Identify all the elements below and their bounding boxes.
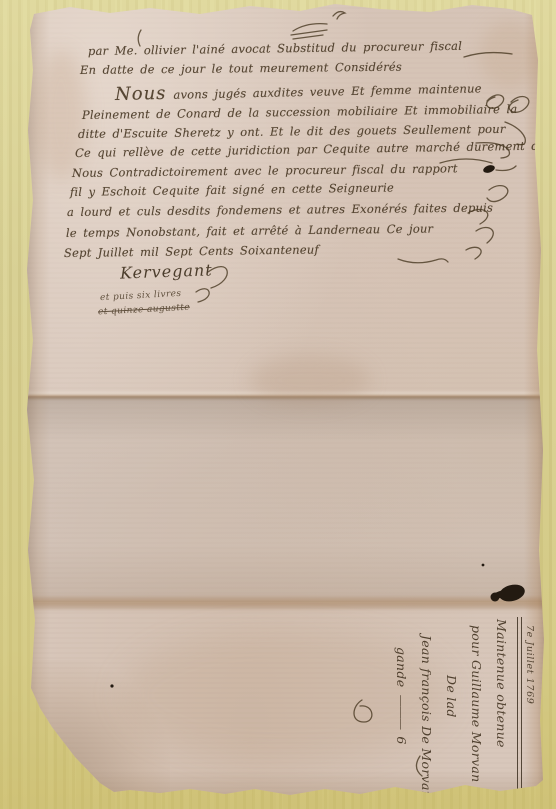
text-line-continued: avons jugés auxdites veuve Et femme main…	[173, 81, 482, 101]
text-line: par Me. ollivier l'ainé avocat Substitud…	[88, 39, 462, 58]
docket-flourish-dash: ———	[394, 692, 409, 732]
fold-crease-lower	[0, 595, 556, 611]
docket-separator	[517, 617, 522, 795]
paper-stain	[250, 355, 370, 405]
text-line: ditte d'Escuite Sheretz y ont. Et le dit…	[78, 122, 506, 141]
text-line: le temps Nonobstant, fait et arrêté à La…	[66, 222, 433, 240]
docket-line: Jean françois De Morvan	[414, 617, 439, 795]
docket-line: gande ——— 6	[389, 617, 414, 795]
text-line: a lourd et culs desdits fondemens et aut…	[67, 201, 493, 219]
docket-word: gande	[394, 647, 409, 687]
crumpled-corner	[20, 660, 170, 809]
fee-note-line: et quinze augustte	[98, 303, 190, 318]
signature: Kervegant	[120, 260, 213, 282]
fee-note-line: et puis six livres	[100, 289, 182, 303]
docket-line: De lad	[439, 617, 464, 795]
text-line: Nous Contradictoirement avec le procureu…	[72, 161, 458, 180]
docket-block: 7e Juillet 1769 Maintenue obtenue pour G…	[359, 617, 535, 795]
docket-date: 7e Juillet 1769	[524, 617, 535, 795]
text-line: Nousavons jugés auxdites veuve Et femme …	[115, 76, 482, 105]
text-line: Pleinement de Conard de la succession mo…	[82, 102, 518, 122]
text-line: fil y Eschoit Cequite fait signé en cett…	[70, 180, 394, 199]
text-line: Sept Juillet mil Sept Cents Soixanteneuf	[64, 242, 319, 260]
docket-line: pour Guillaume Morvan	[464, 617, 489, 795]
text-line: En datte de ce jour le tout meurement Co…	[80, 60, 402, 77]
text-line: Ce qui rellève de cette juridiction par …	[75, 138, 556, 160]
docket-line: Maintenue obtenue	[489, 617, 514, 795]
docket-fee: 6	[394, 736, 409, 744]
middle-fold-panel	[0, 396, 556, 602]
opening-word: Nous	[115, 83, 167, 105]
photo-background: par Me. ollivier l'ainé avocat Substitud…	[0, 0, 556, 809]
manuscript-page: par Me. ollivier l'ainé avocat Substitud…	[0, 0, 556, 809]
top-flourish	[291, 12, 345, 39]
